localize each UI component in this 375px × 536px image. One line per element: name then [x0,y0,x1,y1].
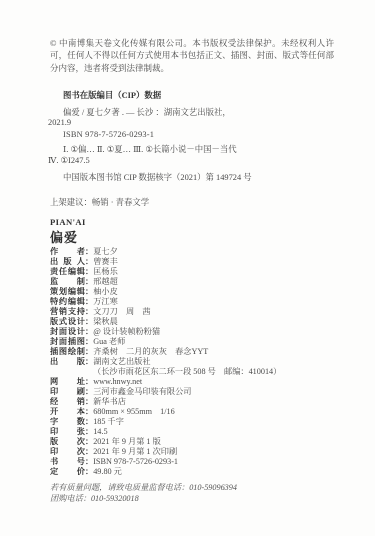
colophon-row: 开本：680mm × 955mm 1/16 [50,407,340,417]
colophon-row: 字数：185 千字 [50,417,340,427]
colophon-value: 680mm × 955mm 1/16 [93,407,175,416]
colophon-value: 梁秋晨 [93,317,118,326]
colophon-colon: ： [85,397,93,406]
colophon-label: 策划编辑 [50,287,85,297]
cip-classification-line1: Ⅰ. ①偏… Ⅱ. ①夏… Ⅲ. ①长篇小说－中国－当代 [48,145,338,156]
colophon-row: 网址：www.hnwy.net [50,377,340,387]
colophon-row: 策划编辑：柚小皮 [50,287,340,297]
colophon-label: 经销 [50,397,85,407]
copyright-page: © 中南博集天卷文化传媒有限公司。本书版权受法律保护。未经权利人许可，任何人不得… [0,0,375,536]
cip-classification-line2: Ⅳ. ①I247.5 [48,156,338,167]
colophon-colon: ： [85,327,93,336]
colophon-value: 2021 年 9 月第 1 次印刷 [93,447,177,456]
colophon-row: 责任编辑：匡杨乐 [50,267,340,277]
colophon-label: 出版 [50,357,85,367]
colophon-extra: （长沙市雨花区东二环一段 508 号 邮编：410014） [50,367,340,377]
colophon-colon: ： [85,287,93,296]
colophon-row: 定价：49.80 元 [50,467,340,477]
colophon-label: 开本 [50,407,85,417]
colophon-label: 网址 [50,377,85,387]
colophon-value: 曾赛丰 [93,257,118,266]
colophon-row: 特约编辑：万江寒 [50,297,340,307]
colophon-row: 监制：邢越超 [50,277,340,287]
colophon-value: 文刀刀 周 茜 [93,307,150,316]
colophon-colon: ： [85,297,93,306]
colophon-colon: ： [85,467,93,476]
colophon-row: 作者：夏七夕 [50,247,340,257]
colophon-value: www.hnwy.net [93,377,142,386]
colophon-label: 印刷 [50,387,85,397]
colophon-value: 2021 年 9 月第 1 版 [93,437,161,446]
colophon-value: ISBN 978-7-5726-0293-1 [93,457,178,466]
colophon-label: 书号 [50,457,85,467]
colophon-value: 湖南文艺出版社 [93,357,150,366]
colophon-label: 印次 [50,447,85,457]
cip-title-line: 偏爱 / 夏七夕著 . — 长沙 ：湖南文艺出版社， [48,108,338,119]
colophon-colon: ： [85,437,93,446]
cip-registry-number: 中国版本图书馆 CIP 数据核字（2021）第 149724 号 [48,173,338,184]
colophon-label: 定价 [50,467,85,477]
colophon-label: 印张 [50,427,85,437]
colophon-value: 匡杨乐 [93,267,118,276]
colophon-row: 书号：ISBN 978-7-5726-0293-1 [50,457,340,467]
colophon-list: 作者：夏七夕 出版人：曾赛丰 责任编辑：匡杨乐 监制：邢越超 策划编辑：柚小皮 … [50,247,340,477]
shelf-suggestion: 上架建议：畅销 · 青春文学 [50,196,149,208]
colophon-row: 出版：湖南文艺出版社 （长沙市雨花区东二环一段 508 号 邮编：410014） [50,357,340,377]
colophon-value: 49.80 元 [93,467,122,476]
colophon-colon: ： [85,347,93,356]
colophon-row: 印张：14.5 [50,427,340,437]
colophon-value: 14.5 [93,427,107,436]
colophon-value: 夏七夕 [93,247,118,256]
colophon-colon: ： [85,337,93,346]
book-title: 偏爱 [50,227,78,246]
colophon-value: 185 千字 [93,417,124,426]
colophon-label: 插图绘制 [50,347,85,357]
pinyin-title: PIAN'AI [50,217,86,227]
colophon-colon: ： [85,307,93,316]
colophon-label: 字数 [50,417,85,427]
cip-title-line-wrap: 2021.9 [48,118,338,129]
colophon-colon: ： [85,267,93,276]
colophon-colon: ： [85,317,93,326]
colophon-value: 柚小皮 [93,287,118,296]
colophon-colon: ： [85,277,93,286]
colophon-value: 邢越超 [93,277,118,286]
colophon-label: 特约编辑 [50,297,85,307]
colophon-value: 齐桑树 二月的灰灰 春念YYT [93,347,208,356]
colophon-label: 封面插图 [50,337,85,347]
quality-hotline-line: 若有质量问题，请致电质量监督电话：010-59096394 [50,482,237,493]
colophon-label: 监制 [50,277,85,287]
cip-block: 图书在版编目（CIP）数据 偏爱 / 夏七夕著 . — 长沙 ：湖南文艺出版社，… [48,91,338,183]
colophon-label: 出版人 [50,257,85,267]
colophon-colon: ： [85,357,93,366]
cip-isbn: ISBN 978-7-5726-0293-1 [48,130,338,141]
colophon-colon: ： [85,447,93,456]
colophon-row: 营销支持：文刀刀 周 茜 [50,307,340,317]
colophon-label: 责任编辑 [50,267,85,277]
colophon-colon: ： [85,417,93,426]
colophon-row: 封面设计：@ 设计装帧粉粉猫 [50,327,340,337]
colophon-row: 版式设计：梁秋晨 [50,317,340,327]
colophon-label: 封面设计 [50,327,85,337]
colophon-row: 版次：2021 年 9 月第 1 版 [50,437,340,447]
colophon-value: 三河市鑫金马印装有限公司 [93,387,191,396]
colophon-value: 新华书店 [93,397,126,406]
colophon-colon: ： [85,427,93,436]
colophon-value: Gua 老师 [93,337,125,346]
colophon-colon: ： [85,377,93,386]
colophon-row: 出版人：曾赛丰 [50,257,340,267]
colophon-label: 作者 [50,247,85,257]
colophon-value: @ 设计装帧粉粉猫 [93,327,160,336]
colophon-colon: ： [85,457,93,466]
colophon-value: 万江寒 [93,297,118,306]
footer-notes: 若有质量问题，请致电质量监督电话：010-59096394 团购电话：010-5… [50,482,237,504]
colophon-label: 营销支持 [50,307,85,317]
colophon-row: 经销：新华书店 [50,397,340,407]
colophon-row: 印刷：三河市鑫金马印装有限公司 [50,387,340,397]
colophon-colon: ： [85,247,93,256]
cip-heading: 图书在版编目（CIP）数据 [48,91,338,102]
colophon-row: 封面插图：Gua 老师 [50,337,340,347]
colophon-row: 插图绘制：齐桑树 二月的灰灰 春念YYT [50,347,340,357]
group-purchase-line: 团购电话：010-59320018 [50,493,237,504]
colophon-label: 版式设计 [50,317,85,327]
colophon-label: 版次 [50,437,85,447]
colophon-row: 印次：2021 年 9 月第 1 次印刷 [50,447,340,457]
colophon-colon: ： [85,257,93,266]
colophon-colon: ： [85,407,93,416]
copyright-notice: © 中南博集天卷文化传媒有限公司。本书版权受法律保护。未经权利人许可，任何人不得… [50,37,334,74]
colophon-colon: ： [85,387,93,396]
